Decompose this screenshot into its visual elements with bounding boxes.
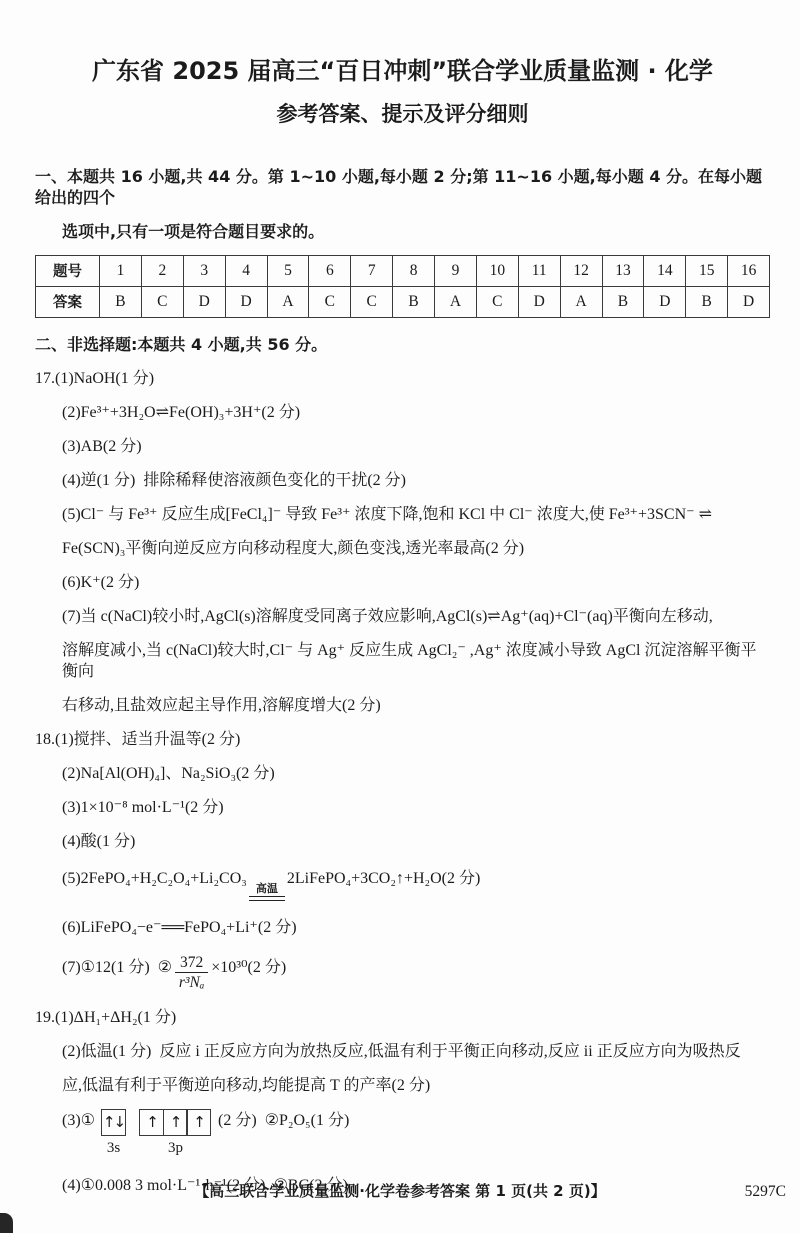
table-cell-qnum: 6 — [309, 255, 351, 286]
answer-19-3-suffix: (2 分) ②P₂O₅(1 分) — [218, 1112, 349, 1129]
table-cell-answer: D — [644, 286, 686, 317]
answer-key-table: 题号 1 2 3 4 5 6 7 8 9 10 11 12 13 14 15 1… — [35, 255, 770, 318]
footer-code: 5297C — [745, 1183, 786, 1201]
answer-table-answer-row: 答案 B C D D A C C B A C D A B D B D — [36, 286, 770, 317]
table-cell-qnum: 1 — [100, 255, 142, 286]
orbital-boxes-row: ↑↓↑↑↑ — [101, 1109, 212, 1136]
answer-line-19-1: 19.(1)ΔH₁+ΔH₂(1 分) — [35, 1007, 770, 1028]
table-cell-answer: A — [435, 286, 477, 317]
answer-line-17-5b: Fe(SCN)₃平衡向逆反应方向移动程度大,颜色变浅,透光率最高(2 分) — [35, 538, 770, 559]
answer-line-18-2: (2)Na[Al(OH)₄]、Na₂SiO₃(2 分) — [35, 763, 770, 784]
table-cell-answer: D — [183, 286, 225, 317]
table-cell-qnum: 3 — [183, 255, 225, 286]
answer-18-7-suffix: ×10³⁰(2 分) — [211, 959, 286, 976]
table-cell-answer: C — [141, 286, 183, 317]
double-line-equals — [249, 896, 285, 901]
answer-line-17-4: (4)逆(1 分) 排除稀释使溶液颜色变化的干扰(2 分) — [35, 470, 770, 491]
table-cell-answer: B — [100, 286, 142, 317]
table-cell-qnum: 8 — [393, 255, 435, 286]
answer-line-17-1: 17.(1)NaOH(1 分) — [35, 368, 770, 389]
table-cell-qnum: 11 — [518, 255, 560, 286]
equation-right-side: 2LiFePO₄+3CO₂↑+H₂O(2 分) — [287, 870, 480, 887]
scan-corner-artifact — [0, 1213, 13, 1233]
table-cell-answer: B — [393, 286, 435, 317]
table-cell-qnum: 9 — [435, 255, 477, 286]
table-cell-answer: C — [351, 286, 393, 317]
answer-18-7-prefix: (7)①12(1 分) ② — [62, 959, 172, 976]
equation-left-side: (5)2FePO₄+H₂C₂O₄+Li₂CO₃ — [62, 870, 247, 887]
table-cell-qnum: 12 — [560, 255, 602, 286]
section2-heading: 二、非选择题:本题共 4 小题,共 56 分。 — [35, 334, 770, 355]
table-header-answer: 答案 — [36, 286, 100, 317]
answer-line-17-3: (3)AB(2 分) — [35, 436, 770, 457]
answer-sheet-page: 广东省 2025 届高三“百日冲刺”联合学业质量监测 · 化学 参考答案、提示及… — [0, 0, 800, 1233]
answer-line-19-3: (3)①↑↓↑↑↑3s3p(2 分) ②P₂O₅(1 分) — [35, 1109, 770, 1159]
table-cell-qnum: 7 — [351, 255, 393, 286]
orbital-box-3p1: ↑ — [139, 1109, 164, 1136]
fraction: 372r³Nₐ — [175, 954, 208, 991]
section1-intro-line1: 一、本题共 16 小题,共 44 分。第 1~10 小题,每小题 2 分;第 1… — [35, 166, 770, 208]
fraction-denominator: r³Nₐ — [175, 973, 208, 991]
answer-19-3-prefix: (3)① — [62, 1112, 95, 1129]
answer-line-19-2b: 应,低温有利于平衡逆向移动,均能提高 T 的产率(2 分) — [35, 1075, 770, 1096]
table-cell-answer: C — [476, 286, 518, 317]
orbital-box-3p3: ↑ — [186, 1109, 211, 1136]
footer-title: 【高三联合学业质量监测·化学卷参考答案 第 1 页(共 2 页)】 — [194, 1182, 605, 1200]
table-header-qnum: 题号 — [36, 255, 100, 286]
answer-line-17-7a: (7)当 c(NaCl)较小时,AgCl(s)溶解度受同离子效应影响,AgCl(… — [35, 606, 770, 627]
page-title: 广东省 2025 届高三“百日冲刺”联合学业质量监测 · 化学 — [35, 58, 770, 86]
page-subtitle: 参考答案、提示及评分细则 — [35, 102, 770, 126]
answer-line-17-6: (6)K⁺(2 分) — [35, 572, 770, 593]
reaction-condition-label: 高温 — [249, 883, 285, 896]
answer-line-18-1: 18.(1)搅拌、适当升温等(2 分) — [35, 729, 770, 750]
orbital-diagram: ↑↓↑↑↑3s3p — [101, 1109, 212, 1159]
table-cell-answer: D — [225, 286, 267, 317]
table-cell-answer: B — [602, 286, 644, 317]
table-cell-qnum: 4 — [225, 255, 267, 286]
answer-line-18-3: (3)1×10⁻⁸ mol·L⁻¹(2 分) — [35, 797, 770, 818]
table-cell-qnum: 15 — [686, 255, 728, 286]
page-footer: 【高三联合学业质量监测·化学卷参考答案 第 1 页(共 2 页)】 5297C — [0, 1180, 800, 1201]
table-cell-qnum: 10 — [476, 255, 518, 286]
orbital-label-3p: 3p — [139, 1138, 212, 1159]
table-cell-answer: A — [267, 286, 309, 317]
table-cell-answer: D — [518, 286, 560, 317]
table-cell-answer: B — [686, 286, 728, 317]
section1-intro-line2: 选项中,只有一项是符合题目要求的。 — [35, 221, 770, 242]
table-cell-qnum: 2 — [141, 255, 183, 286]
answer-line-17-7c: 右移动,且盐效应起主导作用,溶解度增大(2 分) — [35, 695, 770, 716]
answer-line-17-5a: (5)Cl⁻ 与 Fe³⁺ 反应生成[FeCl₄]⁻ 导致 Fe³⁺ 浓度下降,… — [35, 504, 770, 525]
answer-line-18-6: (6)LiFePO₄−e⁻══FePO₄+Li⁺(2 分) — [35, 917, 770, 938]
orbital-box-3p2: ↑ — [163, 1109, 188, 1136]
table-cell-qnum: 13 — [602, 255, 644, 286]
orbital-labels-row: 3s3p — [101, 1138, 212, 1159]
table-cell-qnum: 16 — [728, 255, 770, 286]
orbital-box-3s: ↑↓ — [101, 1109, 126, 1136]
table-cell-answer: A — [560, 286, 602, 317]
fraction-numerator: 372 — [175, 954, 208, 973]
answer-line-18-5-equation: (5)2FePO₄+H₂C₂O₄+Li₂CO₃高温2LiFePO₄+3CO₂↑+… — [35, 868, 770, 901]
table-cell-qnum: 5 — [267, 255, 309, 286]
table-cell-answer: D — [728, 286, 770, 317]
orbital-label-gap — [126, 1138, 139, 1159]
table-cell-answer: C — [309, 286, 351, 317]
orbital-box-group-3p: ↑↑↑ — [139, 1109, 211, 1136]
answer-line-18-4: (4)酸(1 分) — [35, 831, 770, 852]
table-cell-qnum: 14 — [644, 255, 686, 286]
answer-table-number-row: 题号 1 2 3 4 5 6 7 8 9 10 11 12 13 14 15 1… — [36, 255, 770, 286]
answer-line-19-2a: (2)低温(1 分) 反应 i 正反应方向为放热反应,低温有利于平衡正向移动,反… — [35, 1041, 770, 1062]
reaction-condition-arrow: 高温 — [249, 883, 285, 901]
orbital-label-3s: 3s — [101, 1138, 126, 1159]
answer-line-17-2: (2)Fe³⁺+3H₂O⇌Fe(OH)₃+3H⁺(2 分) — [35, 402, 770, 423]
answer-line-18-7: (7)①12(1 分) ②372r³Nₐ×10³⁰(2 分) — [35, 954, 770, 991]
answer-line-17-7b: 溶解度减小,当 c(NaCl)较大时,Cl⁻ 与 Ag⁺ 反应生成 AgCl₂⁻… — [35, 640, 770, 682]
